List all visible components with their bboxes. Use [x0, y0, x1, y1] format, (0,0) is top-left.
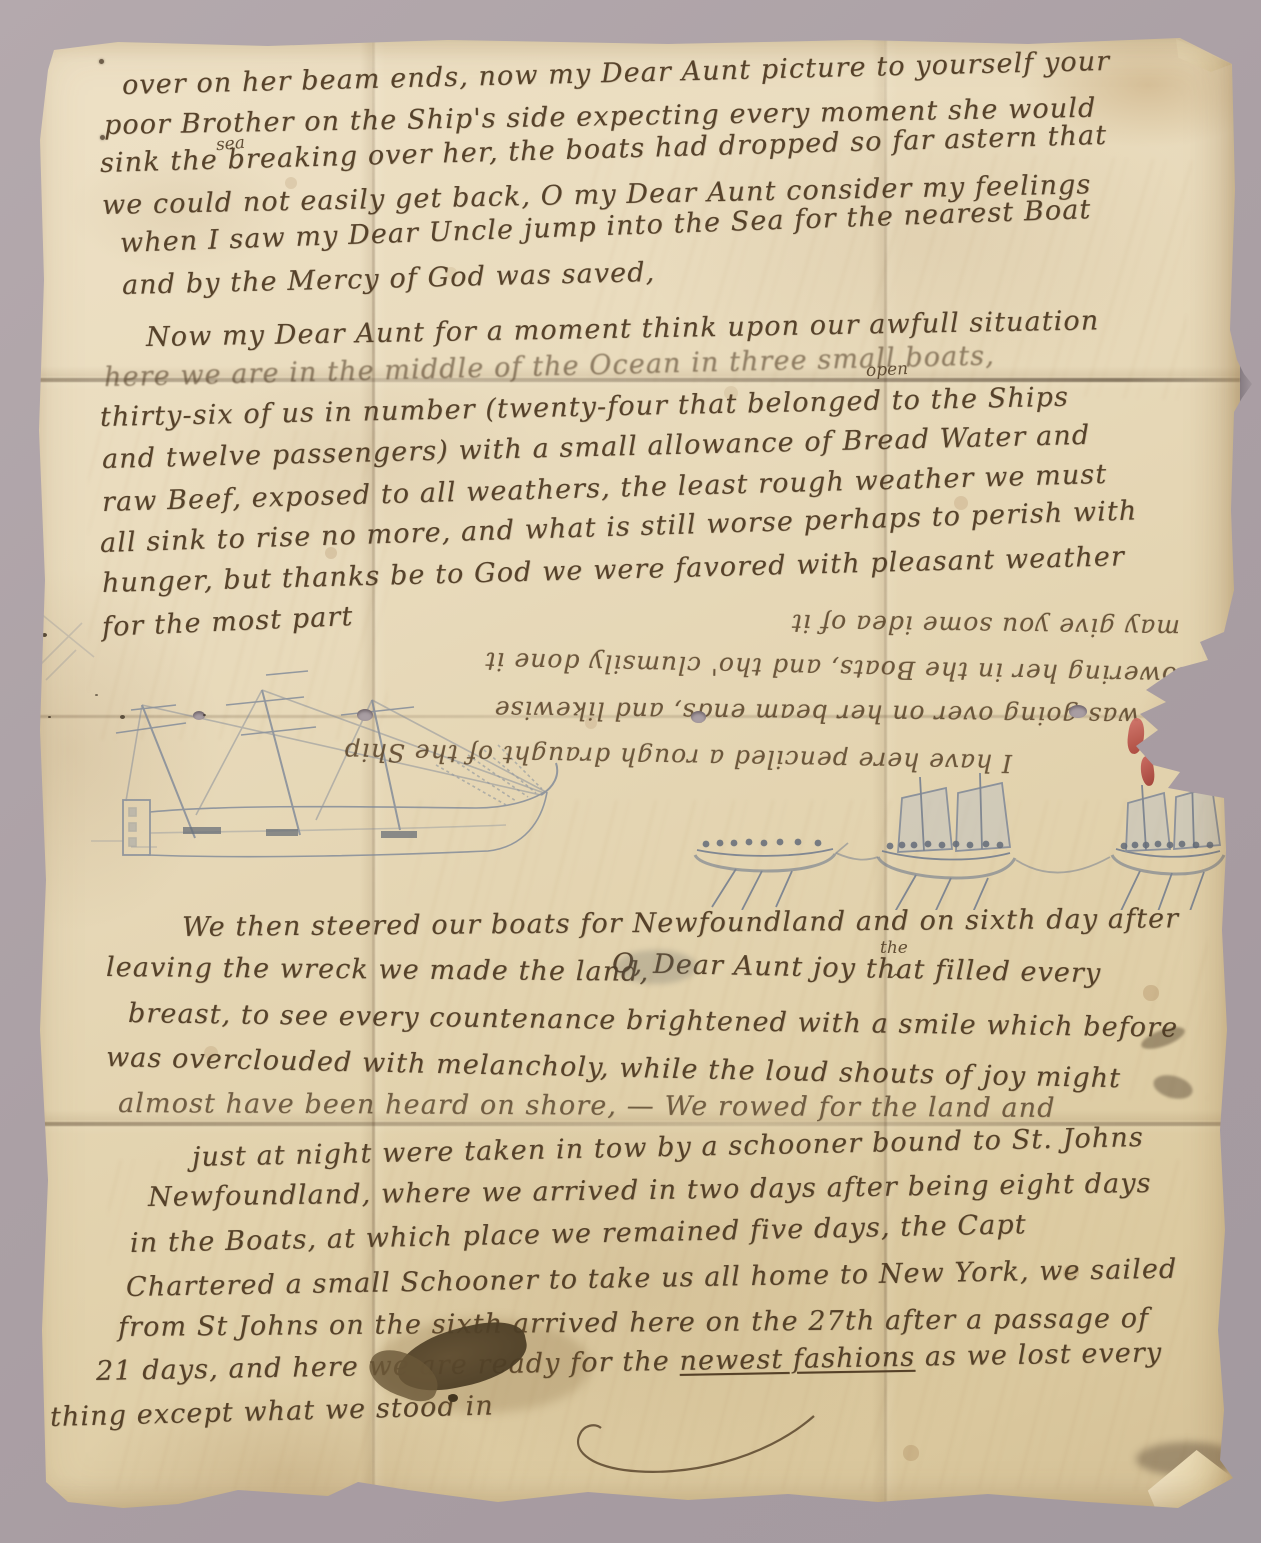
insertion-caret: ^ — [890, 972, 902, 988]
foxing-stains — [28, 30, 34, 36]
photograph-backdrop: over on her beam ends, now my Dear Aunt … — [0, 0, 1261, 1543]
letter-line-segment: as we lost every — [915, 1337, 1163, 1372]
letter-line: was overclouded with melancholy, while t… — [106, 1042, 1122, 1094]
pinhole — [100, 135, 105, 140]
worn-hole — [193, 711, 205, 720]
interlinear-insertion: the — [880, 938, 908, 958]
closing-flourish — [564, 1408, 824, 1488]
letter-line: over on her beam ends, now my Dear Aunt … — [122, 46, 1111, 101]
ink-smudge — [1151, 1071, 1195, 1103]
letter-line-inverted: I have here penciled a rough draught of … — [428, 731, 1013, 786]
open-boat-under-sail-sketch-1 — [878, 773, 1110, 910]
letter-line: 21 days, and here we are ready for the n… — [96, 1337, 1163, 1387]
worn-hole — [691, 711, 706, 723]
corner-fold-flap — [1176, 36, 1234, 72]
ink-blot — [448, 1394, 458, 1402]
letter-line: in the Boats, at which place we remained… — [130, 1209, 1027, 1259]
interlinear-insertion: open — [866, 359, 909, 381]
letter-page: over on her beam ends, now my Dear Aunt … — [28, 30, 1240, 1518]
letter-line: and by the Mercy of God was saved, — [122, 257, 656, 301]
underlined-phrase: newest fashions — [679, 1342, 915, 1377]
letter-line: Chartered a small Schooner to take us al… — [126, 1254, 1178, 1303]
pinhole — [99, 59, 104, 64]
letter-line: just at night were taken in tow by a sch… — [192, 1122, 1144, 1173]
letter-line: from St Johns on the sixth arrived here … — [118, 1303, 1149, 1343]
letter-line: O, Dear Aunt joy that filled every — [612, 948, 1102, 989]
letter-line: breast, to see every countenance brighte… — [128, 998, 1179, 1044]
ink-specks — [42, 633, 47, 637]
open-boat-under-sail-sketch-2 — [1112, 779, 1224, 910]
inverted-note: I have here penciled a rough draught of … — [428, 596, 1240, 781]
letter-line: leaving the wreck we made the land, — [106, 952, 649, 988]
open-boat-rowing-sketch — [695, 839, 878, 910]
worn-hole — [1069, 705, 1087, 718]
interlinear-insertion: sea — [215, 133, 246, 155]
worn-hole — [357, 709, 373, 721]
letter-line: almost have been heard on shore, — We ro… — [118, 1088, 1056, 1124]
letter-line: Newfoundland, where we arrived in two da… — [148, 1168, 1152, 1213]
